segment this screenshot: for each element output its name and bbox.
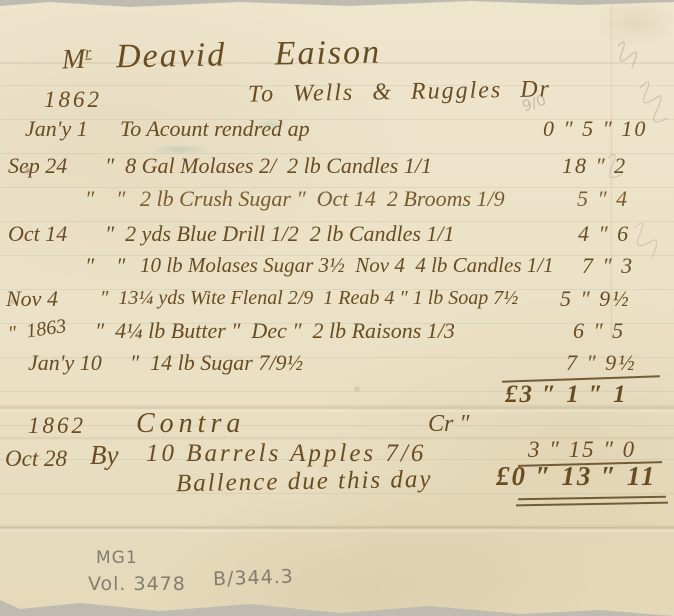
entry-date: ″ 1863 bbox=[7, 316, 68, 344]
entry-date: Jan'y 1 bbox=[25, 118, 88, 140]
salutation-superscript: r bbox=[85, 44, 92, 61]
entry-date: Oct 14 bbox=[8, 223, 67, 245]
contra-entry-date: Oct 28 bbox=[5, 447, 67, 470]
entry-date: Nov 4 bbox=[6, 288, 58, 310]
entry-amount: 6 ″ 5 bbox=[573, 320, 625, 342]
archival-reference-mark: B/344.3 bbox=[213, 566, 295, 591]
creditor-line: To Wells & Ruggles Dr bbox=[248, 77, 551, 106]
ledger-entry-row: Sep 24 ″ 8 Gal Molases 2/ 2 lb Candles 1… bbox=[0, 155, 674, 189]
account-year: 1862 bbox=[44, 88, 102, 111]
entry-description: To Acount rendred ap bbox=[120, 118, 310, 140]
debit-total: £3 ″ 1 ″ 1 bbox=[505, 382, 628, 407]
archival-fonds-mark: MG1 bbox=[96, 548, 138, 568]
contra-title: Contra bbox=[136, 410, 245, 438]
entry-description: ″ 4¼ lb Butter ″ Dec ″ 2 lb Raisons 1/3 bbox=[95, 320, 455, 342]
salutation-initial: M bbox=[61, 44, 85, 76]
contra-entry-description: 10 Barrels Apples 7/6 bbox=[146, 441, 426, 466]
salutation: Mr bbox=[62, 45, 93, 74]
ledger-entry-row: Jan'y 1 To Acount rendred ap 0 ″ 5 ″ 10 bbox=[0, 118, 674, 152]
entry-description: 10 lb Molases Sugar 3½ Nov 4 4 lb Candle… bbox=[140, 255, 554, 276]
contra-entry-by: By bbox=[90, 442, 118, 469]
ledger-entry-row: Oct 14 ″ 2 yds Blue Drill 1/2 2 lb Candl… bbox=[0, 223, 674, 257]
ledger-entry-row: ″ ″ 2 lb Crush Sugar ″ Oct 14 2 Brooms 1… bbox=[0, 188, 674, 222]
faint-pencil-scribbles bbox=[588, 28, 672, 318]
entry-amount: 7 ″ 9½ bbox=[566, 352, 637, 374]
entry-description: ″ 8 Gal Molases 2/ 2 lb Candles 1/1 bbox=[105, 155, 432, 177]
paper-stain bbox=[352, 386, 362, 392]
contra-cr-label: Cr ″ bbox=[428, 412, 469, 436]
balance-amount: £0 ″ 13 ″ 11 bbox=[496, 463, 656, 490]
entry-date: Sep 24 bbox=[8, 155, 67, 177]
entry-description: 2 lb Crush Sugar ″ Oct 14 2 Brooms 1/9 bbox=[140, 188, 505, 210]
entry-date: ″ ″ bbox=[85, 255, 125, 277]
contra-entry-amount: 3 ″ 15 ″ 0 bbox=[528, 438, 636, 461]
balance-label: Ballence due this day bbox=[176, 467, 433, 496]
ledger-entry-row: ″ ″ 10 lb Molases Sugar 3½ Nov 4 4 lb Ca… bbox=[0, 255, 674, 289]
entry-description: ″ 14 lb Sugar 7/9½ bbox=[130, 352, 303, 374]
entry-date: ″ ″ bbox=[85, 188, 125, 210]
entry-description: ″ 13¼ yds Wite Flenal 2/9 1 Reab 4 ″ 1 l… bbox=[100, 288, 518, 308]
contra-year: 1862 bbox=[28, 414, 86, 437]
entry-description: ″ 2 yds Blue Drill 1/2 2 lb Candles 1/1 bbox=[105, 223, 455, 245]
debtor-name: Deavid Eaison bbox=[116, 36, 382, 75]
archival-volume-mark: Vol. 3478 bbox=[88, 573, 186, 595]
ledger-entry-row: ″ 1863 ″ 4¼ lb Butter ″ Dec ″ 2 lb Raiso… bbox=[0, 320, 674, 354]
entry-date: Jan'y 10 bbox=[28, 352, 102, 374]
fold-crease bbox=[0, 524, 674, 533]
receipt-paper: Mr Deavid Eaison 1862 To Wells & Ruggles… bbox=[0, 0, 674, 616]
ledger-entry-row: Nov 4 ″ 13¼ yds Wite Flenal 2/9 1 Reab 4… bbox=[0, 288, 674, 322]
